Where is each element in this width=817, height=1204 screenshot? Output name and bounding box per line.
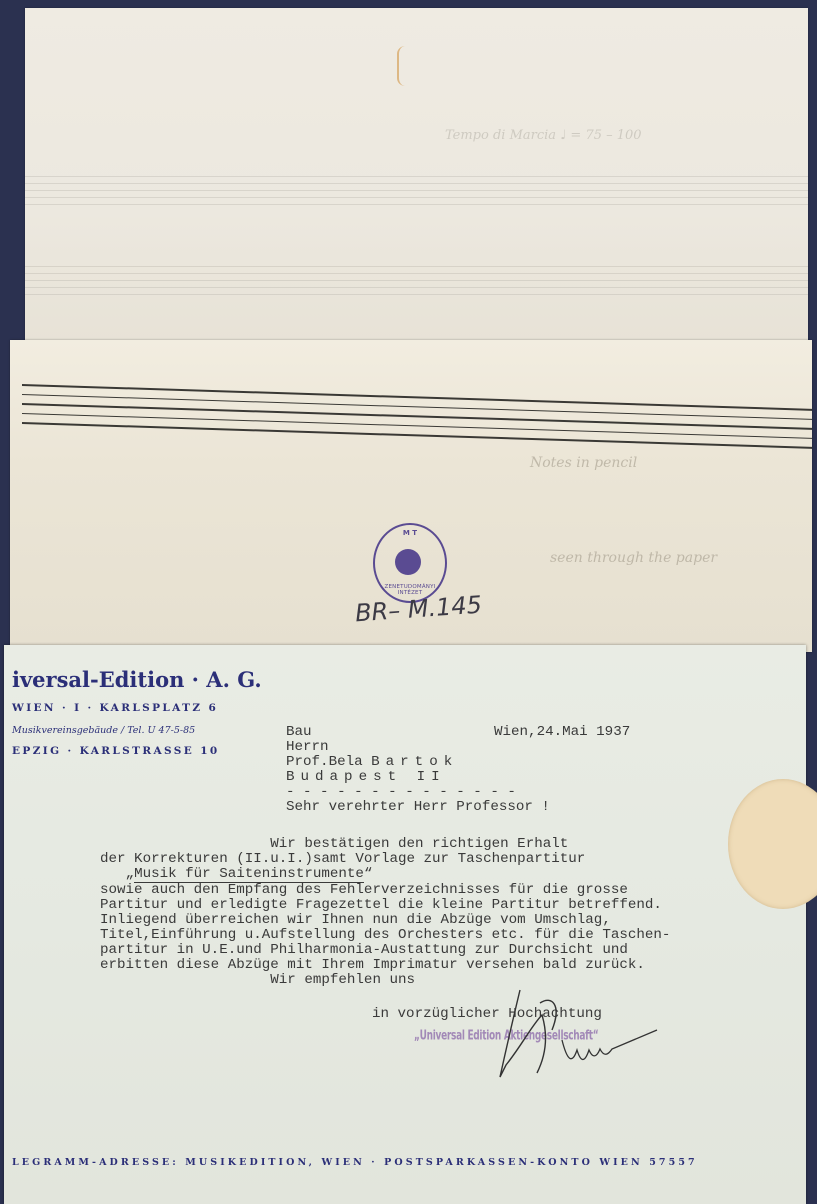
work-title-line: „Musik für Saiteninstrumente“: [100, 867, 372, 882]
recipient-city: Budapest II: [286, 770, 446, 785]
body-line: Inliegend überreichen wir Ihnen nun die …: [100, 913, 611, 928]
letterhead-address: WIEN · I · KARLSPLATZ 6: [12, 702, 218, 714]
quote-close: “: [364, 866, 373, 882]
faint-staff: [25, 176, 808, 216]
work-title: Musik für Saiteninstrumente: [134, 866, 364, 883]
body-line: sowie auch den Empfang des Fehlerverzeic…: [100, 883, 628, 898]
body-line: Titel,Einführung u.Aufstellung des Orche…: [100, 928, 670, 943]
faint-staff: [25, 266, 808, 306]
letter-sheet: iversal-Edition · A. G. WIEN · I · KARLS…: [4, 645, 806, 1204]
letterhead-footer: LEGRAMM-ADRESSE: MUSIKEDITION, WIEN · PO…: [12, 1157, 698, 1168]
shelfmark: BR– M.145: [354, 591, 483, 628]
signature: [492, 985, 662, 1085]
letter-date: Wien,24.Mai 1937: [494, 725, 630, 740]
body-line: der Korrekturen (II.u.I.)samt Vorlage zu…: [100, 852, 585, 867]
manuscript-back-sheet: Tempo di Marcia ♩ = 75 – 100: [25, 8, 808, 348]
letterhead-firm: iversal-Edition · A. G.: [12, 667, 262, 692]
body-line: Partitur und erledigte Fragezettel die k…: [100, 898, 662, 913]
faint-handwriting: seen through the paper: [550, 550, 717, 566]
score-sheet: Notes in pencil seen through the paper M…: [10, 340, 812, 652]
paper-seal: [728, 779, 817, 909]
body-line: partitur in U.E.und Philharmonia-Austatt…: [100, 943, 628, 958]
stamp-top-text: M T: [375, 529, 445, 537]
letterhead-telephone: Musikvereinsgebäude / Tel. U 47-5-85: [12, 725, 195, 736]
recipient-name-line: Prof.Bela Bartok: [286, 755, 458, 770]
reference: Bau: [286, 725, 312, 740]
bleed-through-tempo: Tempo di Marcia ♩ = 75 – 100: [445, 128, 642, 143]
body-line: erbitten diese Abzüge mit Ihrem Imprimat…: [100, 958, 645, 973]
greeting: Sehr verehrter Herr Professor !: [286, 800, 550, 815]
staff-lines: [22, 384, 812, 469]
quote-open: „: [100, 866, 134, 882]
divider: - - - - - - - - - - - - - -: [286, 785, 516, 800]
recipient-salutation: Herrn: [286, 740, 329, 755]
recipient-name: Bartok: [371, 754, 458, 770]
coat-of-arms-icon: [395, 549, 421, 575]
body-line: Wir empfehlen uns: [100, 973, 415, 988]
archive-stamp: M T ZENETUDOMÁNYI INTÉZET: [373, 523, 447, 603]
recipient-prefix: Prof.Bela: [286, 754, 371, 770]
faint-handwriting: Notes in pencil: [530, 455, 637, 471]
orange-pencil-mark: [397, 46, 413, 86]
letterhead-leipzig: EPZIG · KARLSTRASSE 10: [12, 745, 220, 757]
body-line: Wir bestätigen den richtigen Erhalt: [100, 837, 568, 852]
